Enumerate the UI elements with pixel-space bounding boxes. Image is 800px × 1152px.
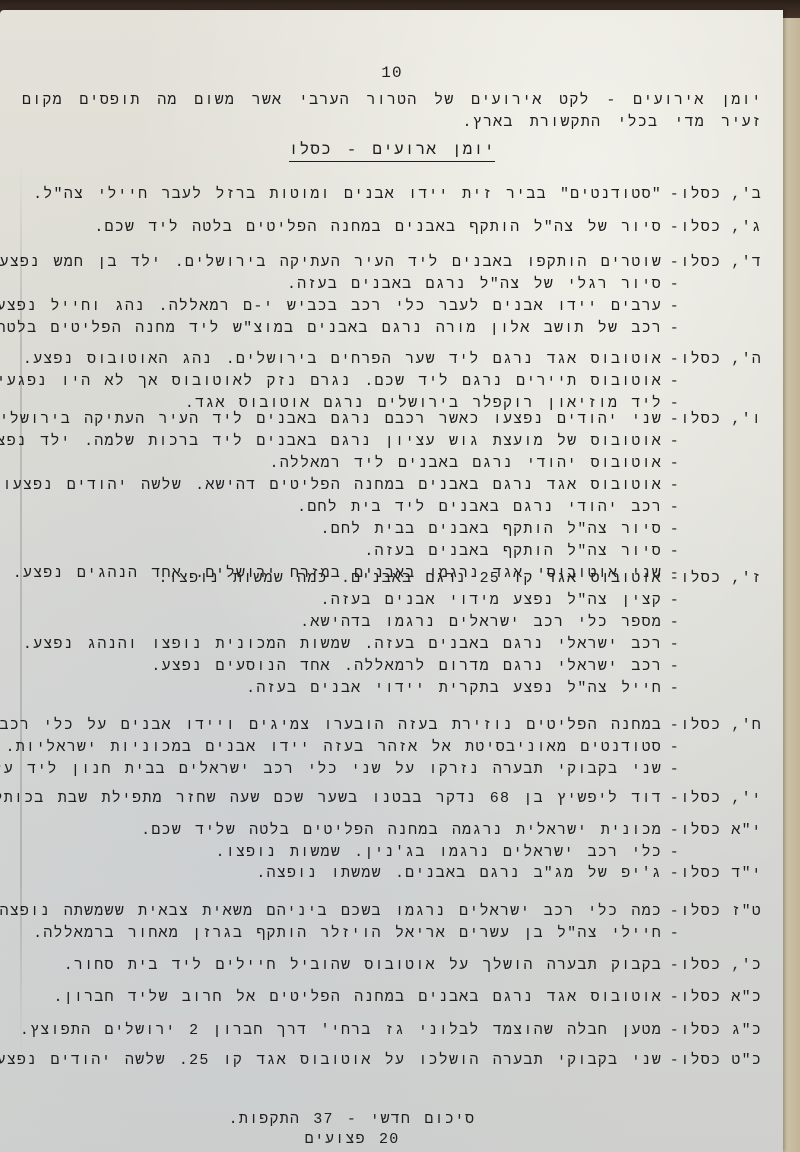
event-line: -סיור צה"ל הותקף באבנים בעזה. bbox=[22, 541, 762, 563]
event-line: כ"ג כסלו-מטען חבלה שהוצמד לבלוני גז ברחי… bbox=[22, 1020, 762, 1042]
bullet-dash: - bbox=[670, 901, 680, 923]
entry-date: ג', כסלו bbox=[684, 217, 762, 239]
event-text: אוטובוס יהודי נרגם באבנים ליד רמאללה. bbox=[270, 453, 662, 475]
entry-date: ה', כסלו bbox=[684, 349, 762, 371]
event-text: סיור צה"ל הותקף באבנים בבית לחם. bbox=[321, 519, 662, 541]
event-text: אוטובוס אגד נרגם ליד שער הפרחים בירושלים… bbox=[23, 349, 662, 371]
bullet-dash: - bbox=[670, 349, 680, 371]
bullet-dash: - bbox=[670, 431, 680, 453]
bullet-dash: - bbox=[670, 296, 680, 318]
entry-date: ט"ז כסלו bbox=[684, 901, 762, 923]
event-text: ג'יפ של מג"ב נרגם באבנים. שמשתו נופצה. bbox=[256, 863, 662, 885]
event-text: בקבוק תבערה הושלך על אוטובוס שהוביל חייל… bbox=[64, 955, 662, 977]
event-line: כ"ט כסלו-שני בקבוקי תבערה הושלכו על אוטו… bbox=[22, 1050, 762, 1072]
event-line: -ערבים יידו אבנים לעבר כלי רכב בכביש י-ם… bbox=[22, 296, 762, 318]
event-line: -אוטובוס יהודי נרגם באבנים ליד רמאללה. bbox=[22, 453, 762, 475]
event-text: אוטובוס אגד קו 25 נרגם באבנים. כמה שמשות… bbox=[159, 568, 662, 590]
bullet-dash: - bbox=[670, 519, 680, 541]
event-line: כ"א כסלו-אוטובוס אגד נרגם באבנים במחנה ה… bbox=[22, 987, 762, 1009]
event-line: י', כסלו-דוד ליפשיץ בן 68 נדקר בבטנו בשע… bbox=[22, 788, 762, 810]
bullet-dash: - bbox=[670, 923, 680, 945]
event-text: מטען חבלה שהוצמד לבלוני גז ברחי' דרך חבר… bbox=[20, 1020, 662, 1042]
event-line: ה', כסלו-אוטובוס אגד נרגם ליד שער הפרחים… bbox=[22, 349, 762, 371]
event-text: אוטובוס תיירים נרגם ליד שכם. נגרם נזק לא… bbox=[0, 371, 662, 393]
event-line: -סיור רגלי של צה"ל נרגם באבנים בעזה. bbox=[22, 274, 762, 296]
event-text: דוד ליפשיץ בן 68 נדקר בבטנו בשער שכם שעה… bbox=[0, 788, 662, 810]
intro-paragraph: יומן אירועים - לקט אירועים של הטרור הערב… bbox=[22, 90, 762, 134]
log-entry: כ', כסלו-בקבוק תבערה הושלך על אוטובוס שה… bbox=[22, 955, 762, 977]
bullet-dash: - bbox=[670, 820, 680, 842]
event-text: "סטודנטים" בביר זית יידו אבנים ומוטות בר… bbox=[33, 184, 662, 206]
bullet-dash: - bbox=[670, 715, 680, 737]
bullet-dash: - bbox=[670, 590, 680, 612]
bullet-dash: - bbox=[670, 371, 680, 393]
event-text: רכב ישראלי נרגם מדרום לרמאללה. אחד הנוסע… bbox=[151, 656, 662, 678]
log-entry: י', כסלו-דוד ליפשיץ בן 68 נדקר בבטנו בשע… bbox=[22, 788, 762, 810]
bullet-dash: - bbox=[670, 678, 680, 700]
event-line: -שני בקבוקי תבערה נזרקו על שני כלי רכב י… bbox=[22, 759, 762, 781]
event-line: -רכב יהודי נרגם באבנים ליד בית לחם. bbox=[22, 497, 762, 519]
event-text: כלי רכב ישראלים נרגמו בג'נין. שמשות נופצ… bbox=[216, 842, 662, 864]
bullet-dash: - bbox=[670, 217, 680, 239]
page-number: 10 bbox=[22, 64, 762, 82]
bullet-dash: - bbox=[670, 634, 680, 656]
entry-date: כ"ג כסלו bbox=[684, 1020, 762, 1042]
event-line: -אוטובוס תיירים נרגם ליד שכם. נגרם נזק ל… bbox=[22, 371, 762, 393]
entry-date: ד', כסלו bbox=[684, 252, 762, 274]
log-entry: י"א כסלו-מכונית ישראלית נרגמה במחנה הפלי… bbox=[22, 820, 762, 864]
event-line: -אוטובוס של מועצת גוש עציון נרגם באבנים … bbox=[22, 431, 762, 453]
event-line: -רכב של תושב אלון מורה נרגם באבנים במוצ"… bbox=[22, 318, 762, 340]
event-line: -מספר כלי רכב ישראלים נרגמו בדהישא. bbox=[22, 612, 762, 634]
event-line: ו', כסלו-שני יהודים נפצעו כאשר רכבם נרגם… bbox=[22, 409, 762, 431]
event-text: שני בקבוקי תבערה הושלכו על אוטובוס אגד ק… bbox=[0, 1050, 662, 1072]
event-text: סטודנטים מאוניבסיטת אל אזהר בעזה יידו אב… bbox=[6, 737, 663, 759]
bullet-dash: - bbox=[670, 541, 680, 563]
bullet-dash: - bbox=[670, 184, 680, 206]
entry-date: ו', כסלו bbox=[684, 409, 762, 431]
bullet-dash: - bbox=[670, 497, 680, 519]
bullet-dash: - bbox=[670, 788, 680, 810]
log-entry: י"ד כסלו-ג'יפ של מג"ב נרגם באבנים. שמשתו… bbox=[22, 863, 762, 885]
section-title-text: יומן ארועים - כסלו bbox=[289, 141, 495, 162]
event-line: -רכב ישראלי נרגם באבנים בעזה. שמשות המכו… bbox=[22, 634, 762, 656]
event-line: -חיילי צה"ל בן עשרים אריאל הויזלר הותקף … bbox=[22, 923, 762, 945]
bullet-dash: - bbox=[670, 409, 680, 431]
event-text: ערבים יידו אבנים לעבר כלי רכב בכביש י-ם … bbox=[0, 296, 662, 318]
event-line: -סיור צה"ל הותקף באבנים בבית לחם. bbox=[22, 519, 762, 541]
log-entry: ט"ז כסלו-כמה כלי רכב ישראלים נרגמו בשכם … bbox=[22, 901, 762, 945]
bullet-dash: - bbox=[670, 737, 680, 759]
event-line: ח', כסלו-במחנה הפליטים נוזירת בעזה הובער… bbox=[22, 715, 762, 737]
event-text: רכב ישראלי נרגם באבנים בעזה. שמשות המכונ… bbox=[23, 634, 662, 656]
bullet-dash: - bbox=[670, 987, 680, 1009]
event-line: -קצין צה"ל נפצע מידוי אבנים בעזה. bbox=[22, 590, 762, 612]
event-text: מספר כלי רכב ישראלים נרגמו בדהישא. bbox=[300, 612, 662, 634]
event-line: ג', כסלו-סיור של צה"ל הותקף באבנים במחנה… bbox=[22, 217, 762, 239]
event-line: י"א כסלו-מכונית ישראלית נרגמה במחנה הפלי… bbox=[22, 820, 762, 842]
bullet-dash: - bbox=[670, 863, 680, 885]
event-line: -סטודנטים מאוניבסיטת אל אזהר בעזה יידו א… bbox=[22, 737, 762, 759]
event-text: כמה כלי רכב ישראלים נרגמו בשכם ביניהם מש… bbox=[0, 901, 662, 923]
log-entry: כ"ג כסלו-מטען חבלה שהוצמד לבלוני גז ברחי… bbox=[22, 1020, 762, 1042]
entry-date: י"א כסלו bbox=[684, 820, 762, 842]
entry-date: כ', כסלו bbox=[684, 955, 762, 977]
event-text: קצין צה"ל נפצע מידוי אבנים בעזה. bbox=[321, 590, 662, 612]
event-text: סיור צה"ל הותקף באבנים בעזה. bbox=[364, 541, 662, 563]
event-text: חיילי צה"ל בן עשרים אריאל הויזלר הותקף ב… bbox=[33, 923, 662, 945]
event-line: ט"ז כסלו-כמה כלי רכב ישראלים נרגמו בשכם … bbox=[22, 901, 762, 923]
section-title: יומן ארועים - כסלו bbox=[22, 141, 762, 162]
bullet-dash: - bbox=[670, 475, 680, 497]
event-line: -רכב ישראלי נרגם מדרום לרמאללה. אחד הנוס… bbox=[22, 656, 762, 678]
log-entry: ה', כסלו-אוטובוס אגד נרגם ליד שער הפרחים… bbox=[22, 349, 762, 415]
event-line: ב', כסלו-"סטודנטים" בביר זית יידו אבנים … bbox=[22, 184, 762, 206]
log-entry: ב', כסלו-"סטודנטים" בביר זית יידו אבנים … bbox=[22, 184, 762, 206]
bullet-dash: - bbox=[670, 656, 680, 678]
event-text: אוטובוס של מועצת גוש עציון נרגם באבנים ל… bbox=[0, 431, 662, 453]
event-text: סיור רגלי של צה"ל נרגם באבנים בעזה. bbox=[287, 274, 662, 296]
monthly-summary: סיכום חדשי - 37 התקפות. 20 פצועים bbox=[22, 1110, 762, 1150]
bullet-dash: - bbox=[670, 318, 680, 340]
log-entry: ז', כסלו-אוטובוס אגד קו 25 נרגם באבנים. … bbox=[22, 568, 762, 700]
summary-attacks: סיכום חדשי - 37 התקפות. bbox=[22, 1110, 682, 1130]
bullet-dash: - bbox=[670, 612, 680, 634]
bullet-dash: - bbox=[670, 955, 680, 977]
event-text: אוטובוס אגד נרגם באבנים במחנה הפליטים אל… bbox=[54, 987, 662, 1009]
entry-date: ב', כסלו bbox=[684, 184, 762, 206]
event-text: שני בקבוקי תבערה נזרקו על שני כלי רכב יש… bbox=[0, 759, 662, 781]
bullet-dash: - bbox=[670, 252, 680, 274]
event-text: שוטרים הותקפו באבנים ליד העיר העתיקה ביר… bbox=[0, 252, 662, 274]
event-text: רכב יהודי נרגם באבנים ליד בית לחם. bbox=[297, 497, 662, 519]
event-line: י"ד כסלו-ג'יפ של מג"ב נרגם באבנים. שמשתו… bbox=[22, 863, 762, 885]
log-entry: ג', כסלו-סיור של צה"ל הותקף באבנים במחנה… bbox=[22, 217, 762, 239]
bullet-dash: - bbox=[670, 274, 680, 296]
event-line: ד', כסלו-שוטרים הותקפו באבנים ליד העיר ה… bbox=[22, 252, 762, 274]
entry-date: ח', כסלו bbox=[684, 715, 762, 737]
event-text: סיור של צה"ל הותקף באבנים במחנה הפליטים … bbox=[94, 217, 662, 239]
entry-date: כ"א כסלו bbox=[684, 987, 762, 1009]
event-text: שני יהודים נפצעו כאשר רכבם נרגם באבנים ל… bbox=[0, 409, 662, 431]
log-entry: ו', כסלו-שני יהודים נפצעו כאשר רכבם נרגם… bbox=[22, 409, 762, 585]
bullet-dash: - bbox=[670, 842, 680, 864]
entry-date: י', כסלו bbox=[684, 788, 762, 810]
entry-date: כ"ט כסלו bbox=[684, 1050, 762, 1072]
event-line: -כלי רכב ישראלים נרגמו בג'נין. שמשות נופ… bbox=[22, 842, 762, 864]
log-entry: כ"א כסלו-אוטובוס אגד נרגם באבנים במחנה ה… bbox=[22, 987, 762, 1009]
bullet-dash: - bbox=[670, 759, 680, 781]
event-text: חייל צה"ל נפצע בתקרית יידוי אבנים בעזה. bbox=[246, 678, 662, 700]
event-text: מכונית ישראלית נרגמה במחנה הפליטים בלטה … bbox=[141, 820, 662, 842]
event-text: במחנה הפליטים נוזירת בעזה הובערו צמיגים … bbox=[0, 715, 662, 737]
event-line: -חייל צה"ל נפצע בתקרית יידוי אבנים בעזה. bbox=[22, 678, 762, 700]
entry-date: ז', כסלו bbox=[684, 568, 762, 590]
bullet-dash: - bbox=[670, 1020, 680, 1042]
event-line: -אוטובוס אגד נרגם באבנים במחנה הפליטים ד… bbox=[22, 475, 762, 497]
document-page: 10 יומן אירועים - לקט אירועים של הטרור ה… bbox=[0, 10, 783, 1152]
log-entry: ח', כסלו-במחנה הפליטים נוזירת בעזה הובער… bbox=[22, 715, 762, 781]
bullet-dash: - bbox=[670, 1050, 680, 1072]
event-text: רכב של תושב אלון מורה נרגם באבנים במוצ"ש… bbox=[0, 318, 662, 340]
log-entry: ד', כסלו-שוטרים הותקפו באבנים ליד העיר ה… bbox=[22, 252, 762, 340]
event-text: אוטובוס אגד נרגם באבנים במחנה הפליטים דה… bbox=[0, 475, 662, 497]
log-entry: כ"ט כסלו-שני בקבוקי תבערה הושלכו על אוטו… bbox=[22, 1050, 762, 1072]
bullet-dash: - bbox=[670, 453, 680, 475]
event-line: ז', כסלו-אוטובוס אגד קו 25 נרגם באבנים. … bbox=[22, 568, 762, 590]
bullet-dash: - bbox=[670, 568, 680, 590]
summary-wounded: 20 פצועים bbox=[22, 1130, 682, 1150]
entry-date: י"ד כסלו bbox=[684, 863, 762, 885]
event-line: כ', כסלו-בקבוק תבערה הושלך על אוטובוס שה… bbox=[22, 955, 762, 977]
